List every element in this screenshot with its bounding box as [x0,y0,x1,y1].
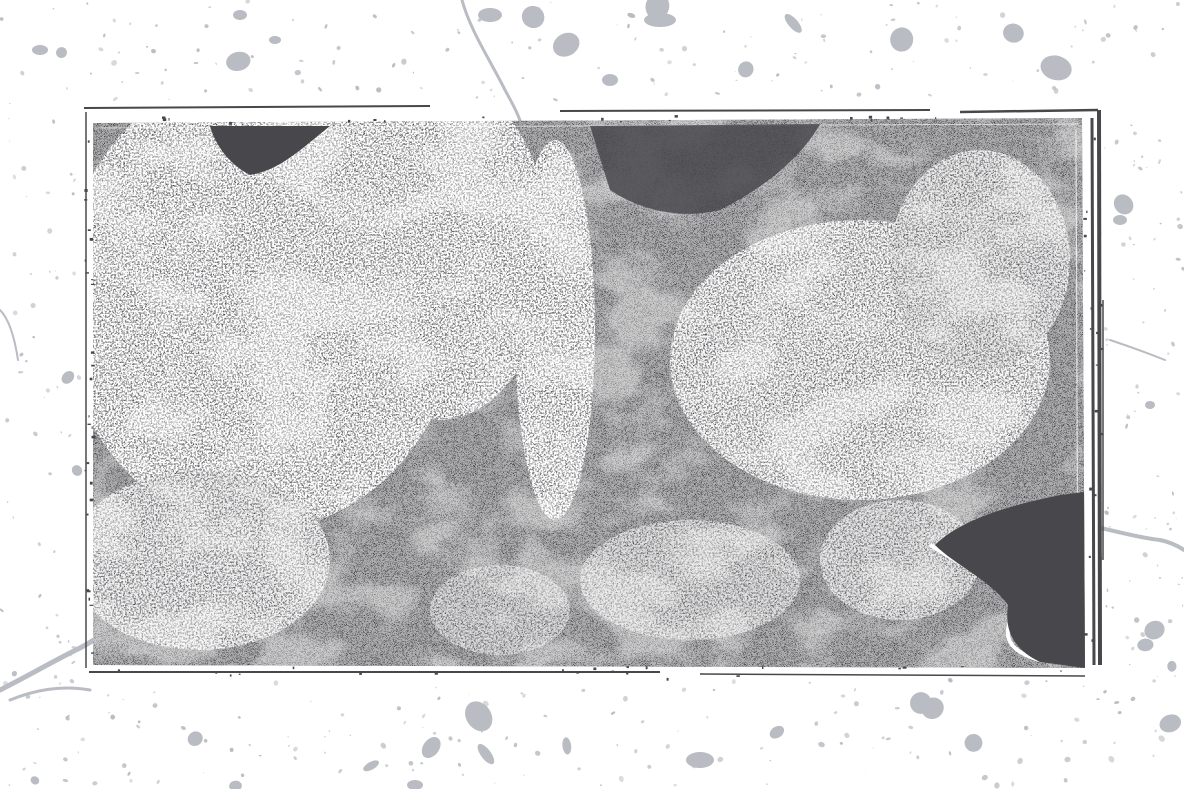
grunge-frame-artwork [0,0,1184,789]
grunge-panel [80,110,1100,680]
